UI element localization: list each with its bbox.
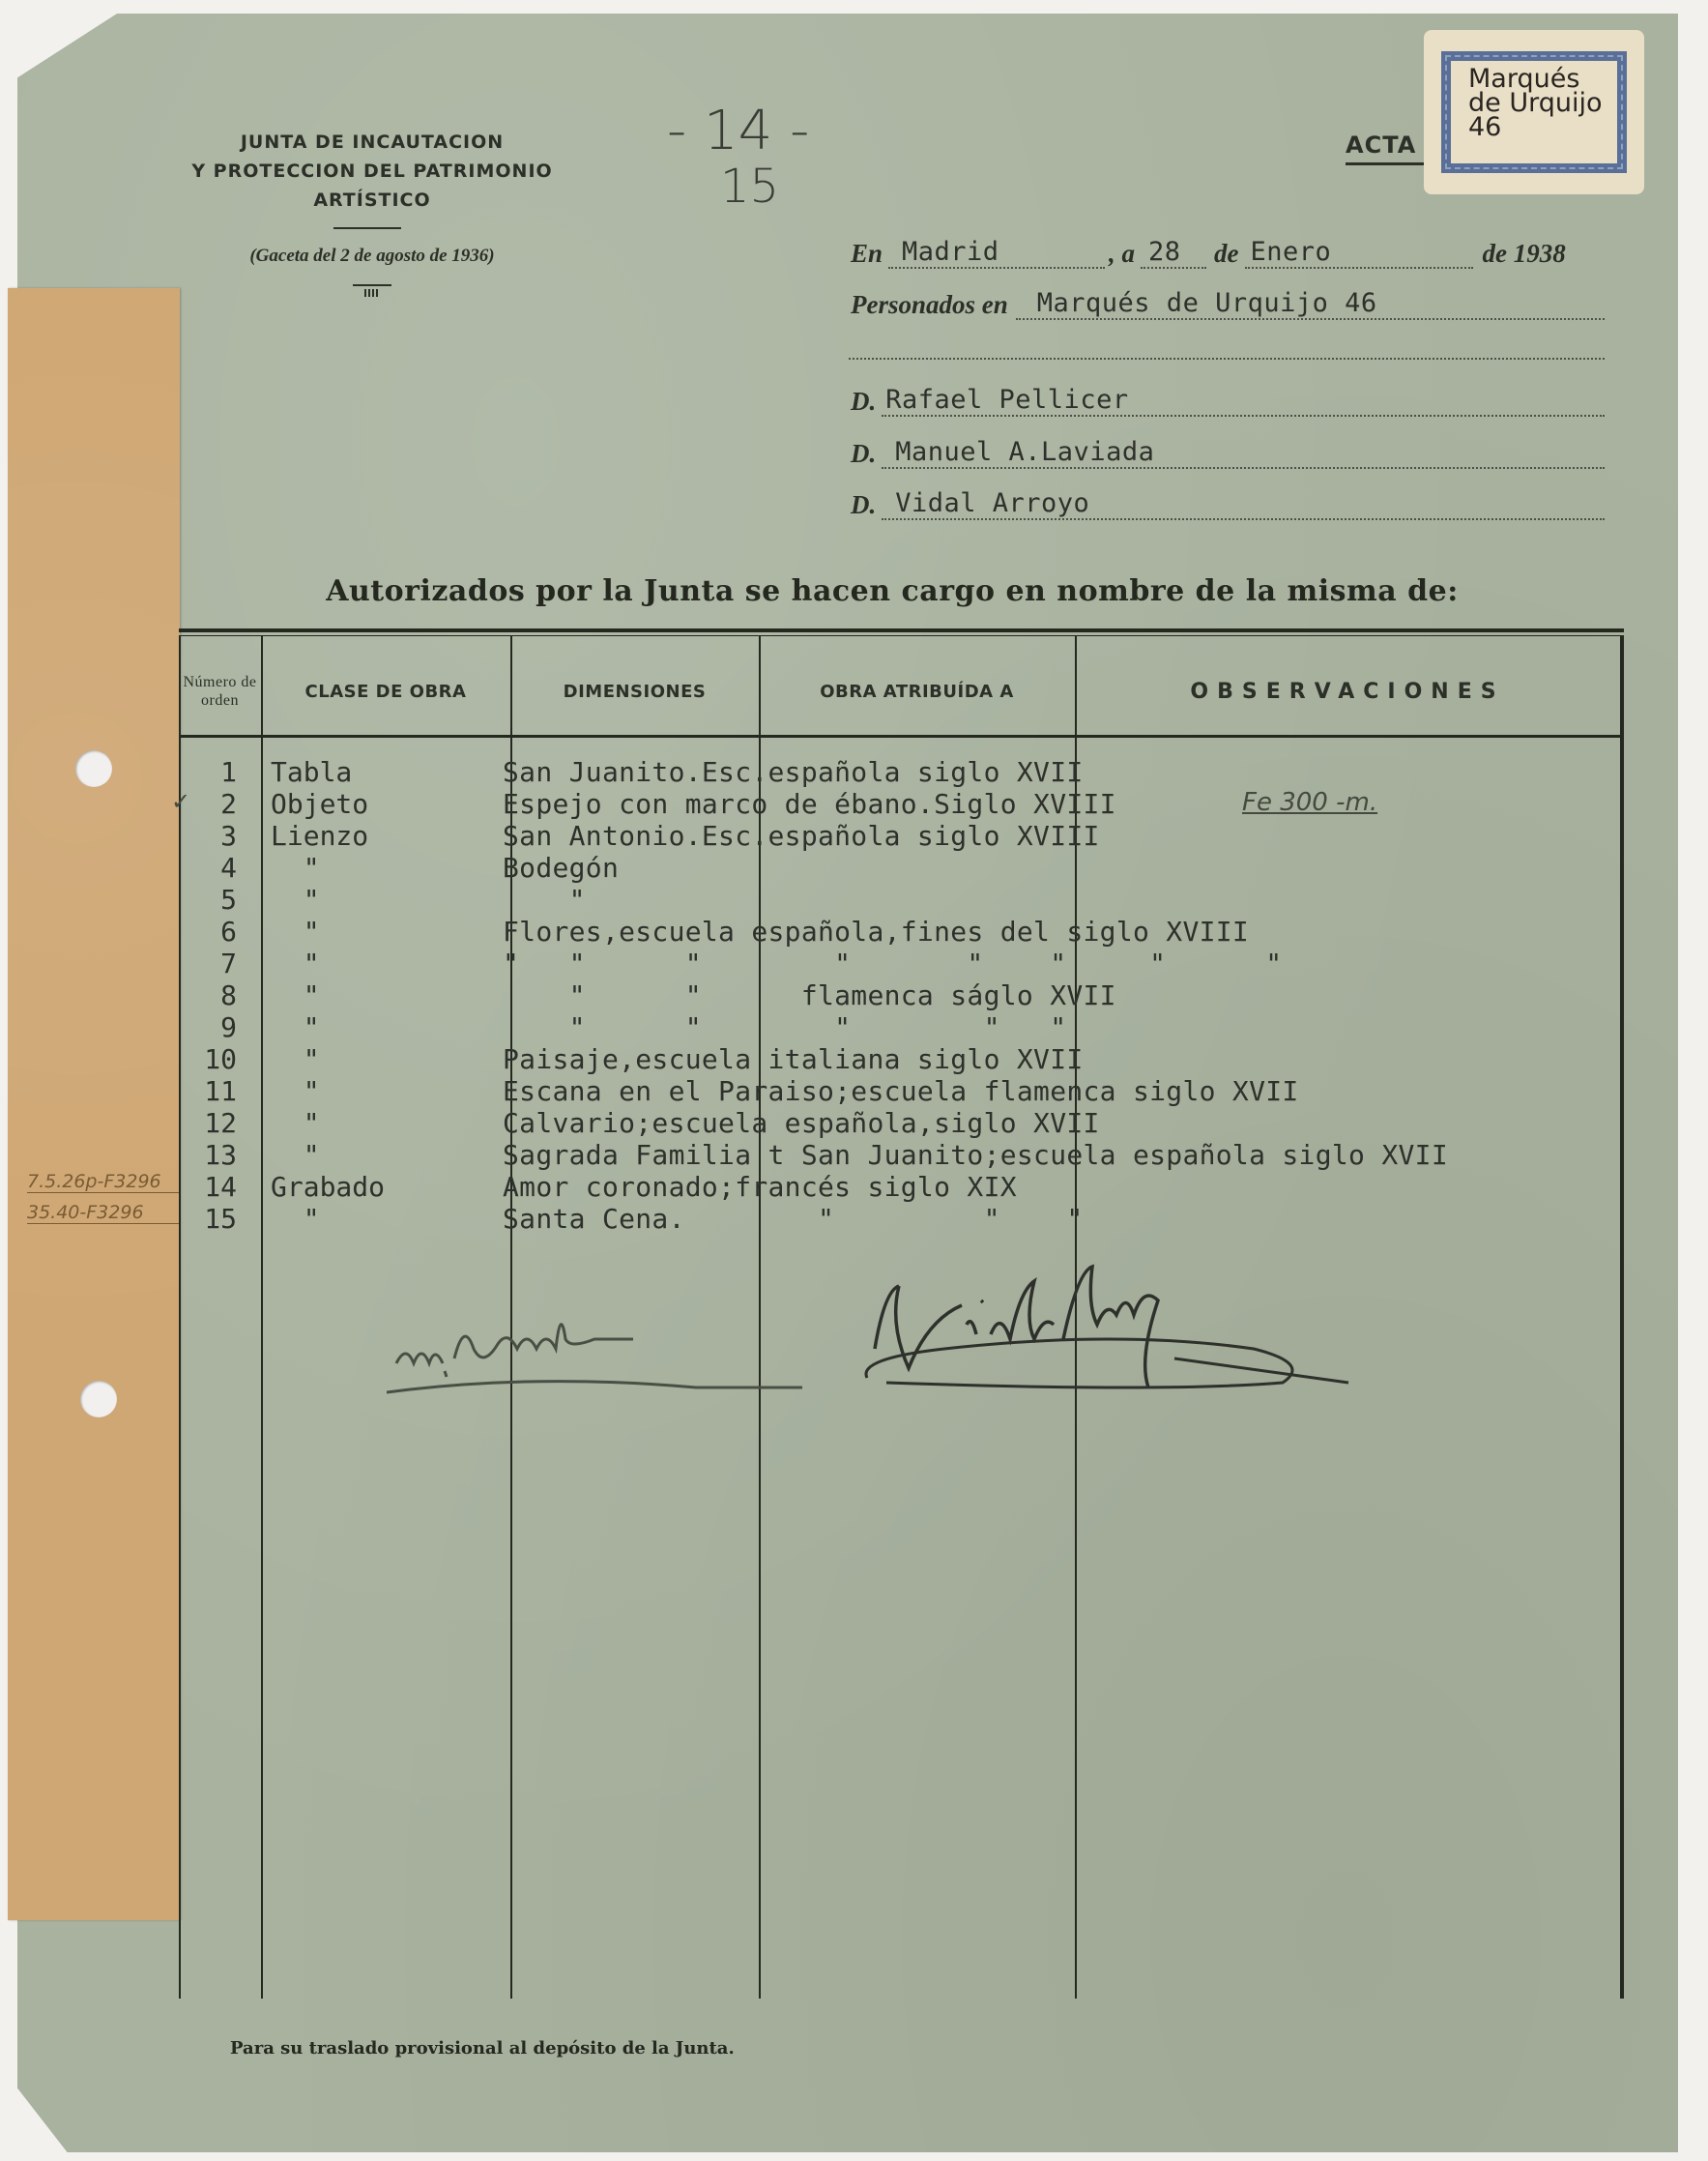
column-header-clase: CLASE DE OBRA bbox=[261, 657, 510, 725]
column-header-observaciones: OBSERVACIONES bbox=[1075, 657, 1620, 725]
header-rule bbox=[179, 735, 1624, 738]
location-field: Marqués de Urquijo 46 bbox=[1016, 288, 1605, 320]
gaceta-reference: (Gaceta del 2 de agosto de 1936) bbox=[145, 246, 599, 267]
row-number: 6 bbox=[179, 916, 237, 948]
row-clase: Tabla bbox=[271, 756, 352, 788]
row-clase: " bbox=[271, 948, 320, 979]
row-description: Amor coronado;francés siglo XIX bbox=[503, 1171, 1017, 1203]
row-clase: " bbox=[271, 1011, 320, 1043]
row-description: Calvario;escuela española,siglo XVII bbox=[503, 1107, 1100, 1139]
ornament-icon bbox=[353, 284, 391, 296]
row-description: " bbox=[503, 884, 586, 916]
row-number: 12 bbox=[179, 1107, 237, 1139]
row-number: 8 bbox=[179, 979, 237, 1011]
row-number: 5 bbox=[179, 884, 237, 916]
row-clase: " bbox=[271, 916, 320, 948]
row-clase: " bbox=[271, 1139, 320, 1171]
inventory-table: Número de orden CLASE DE OBRA DIMENSIONE… bbox=[179, 628, 1624, 2001]
stamp-line: 46 bbox=[1468, 115, 1603, 139]
row-description: " " flamenca ságlo XVII bbox=[503, 979, 1116, 1011]
divider bbox=[333, 227, 401, 229]
person-line: D. Rafael Pellicer bbox=[851, 385, 1605, 417]
table-row: 5 " " bbox=[179, 884, 1624, 916]
table-row: 8 " " " flamenca ságlo XVII bbox=[179, 979, 1624, 1011]
row-description: Paisaje,escuela italiana siglo XVII bbox=[503, 1043, 1084, 1075]
margin-note: 35.40-F3296 bbox=[27, 1202, 180, 1224]
row-clase: " bbox=[271, 1203, 320, 1235]
row-description: Escana en el Paraiso;escuela flamenca si… bbox=[503, 1075, 1299, 1107]
row-number: 11 bbox=[179, 1075, 237, 1107]
table-rule bbox=[179, 628, 1624, 632]
person-name: Rafael Pellicer bbox=[882, 385, 1605, 417]
org-line: Y PROTECCION DEL PATRIMONIO bbox=[145, 157, 599, 186]
table-row: 15 " Santa Cena. " " " bbox=[179, 1203, 1624, 1235]
month-field: Enero bbox=[1245, 237, 1473, 269]
person-prefix: D. bbox=[851, 387, 876, 417]
table-row: 11 " Escana en el Paraiso;escuela flamen… bbox=[179, 1075, 1624, 1107]
day-field: 28 bbox=[1141, 237, 1206, 269]
row-number: 2 bbox=[179, 788, 237, 820]
margin-note: 7.5.26p-F3296 bbox=[27, 1171, 180, 1193]
page-number-handwritten: - 14 - bbox=[667, 104, 809, 159]
row-description: Bodegón bbox=[503, 852, 619, 884]
table-row: ✓ 2 Objeto Espejo con marco de ébano.Sig… bbox=[179, 788, 1624, 820]
a-label: , a bbox=[1109, 239, 1135, 269]
blank-line bbox=[849, 358, 1605, 360]
personados-label: Personados en bbox=[851, 290, 1008, 320]
table-row: 7 " " " " " " " " " bbox=[179, 948, 1624, 979]
row-number: 7 bbox=[179, 948, 237, 979]
org-line: JUNTA DE INCAUTACION bbox=[145, 128, 599, 157]
row-clase: " bbox=[271, 1075, 320, 1107]
row-description: Flores,escuela española,fines del siglo … bbox=[503, 916, 1249, 948]
table-row: 4 " Bodegón bbox=[179, 852, 1624, 884]
table-row: 9 " " " " " " bbox=[179, 1011, 1624, 1043]
signature-arroyo: Vidal Arroyo bbox=[855, 1257, 1377, 1396]
row-description: Espejo con marco de ébano.Siglo XVIII bbox=[503, 788, 1116, 820]
date-line: En Madrid , a 28 de Enero de 1938 bbox=[851, 237, 1605, 269]
year-label: de 1938 bbox=[1483, 239, 1566, 269]
organization-header: JUNTA DE INCAUTACION Y PROTECCION DEL PA… bbox=[145, 128, 599, 215]
handwritten-annotation: Fe 300 -m. bbox=[1242, 788, 1377, 817]
person-prefix: D. bbox=[851, 490, 876, 520]
row-number: 4 bbox=[179, 852, 237, 884]
table-row: 6 " Flores,escuela española,fines del si… bbox=[179, 916, 1624, 948]
location-line: Personados en Marqués de Urquijo 46 bbox=[851, 288, 1605, 320]
binding-strip: 7.5.26p-F3296 35.40-F3296 bbox=[8, 288, 180, 1920]
row-number: 3 bbox=[179, 820, 237, 852]
row-number: 14 bbox=[179, 1171, 237, 1203]
table-row: 10 " Paisaje,escuela italiana siglo XVII bbox=[179, 1043, 1624, 1075]
row-clase: " bbox=[271, 852, 320, 884]
person-line: D. Manuel A.Laviada bbox=[851, 437, 1605, 469]
row-description: San Juanito.Esc.española siglo XVII bbox=[503, 756, 1084, 788]
row-number: 9 bbox=[179, 1011, 237, 1043]
table-row: 14 Grabado Amor coronado;francés siglo X… bbox=[179, 1171, 1624, 1203]
person-prefix: D. bbox=[851, 439, 876, 469]
row-clase: " bbox=[271, 1107, 320, 1139]
acta-label: ACTA bbox=[1346, 131, 1428, 165]
en-label: En bbox=[851, 239, 883, 269]
person-name: Vidal Arroyo bbox=[882, 488, 1605, 520]
address-stamp: Marqués de Urquijo 46 bbox=[1428, 34, 1640, 190]
punch-hole-icon bbox=[80, 1381, 117, 1417]
row-clase: " bbox=[271, 979, 320, 1011]
table-row: 1 Tabla San Juanito.Esc.española siglo X… bbox=[179, 756, 1624, 788]
person-line: D. Vidal Arroyo bbox=[851, 488, 1605, 520]
table-row: 3 Lienzo San Antonio.Esc.española siglo … bbox=[179, 820, 1624, 852]
column-header-atribuida: OBRA ATRIBUÍDA A bbox=[759, 657, 1075, 725]
row-number: 1 bbox=[179, 756, 237, 788]
row-clase: " bbox=[271, 884, 320, 916]
signature-laviada: M. Laviada bbox=[387, 1305, 831, 1406]
row-description: " " " " " " " " bbox=[503, 948, 1282, 979]
column-header-dimensiones: DIMENSIONES bbox=[510, 657, 759, 725]
page-number-handwritten-2: 15 bbox=[720, 160, 779, 214]
row-number: 10 bbox=[179, 1043, 237, 1075]
row-number: 13 bbox=[179, 1139, 237, 1171]
table-title: Autorizados por la Junta se hacen cargo … bbox=[249, 574, 1535, 608]
de-label: de bbox=[1214, 239, 1238, 269]
table-row: 12 " Calvario;escuela española,siglo XVI… bbox=[179, 1107, 1624, 1139]
row-clase: Lienzo bbox=[271, 820, 368, 852]
row-number: 15 bbox=[179, 1203, 237, 1235]
footer-note: Para su traslado provisional al depósito… bbox=[230, 2038, 735, 2059]
punch-hole-icon bbox=[75, 750, 112, 787]
org-line: ARTÍSTICO bbox=[145, 186, 599, 215]
person-name: Manuel A.Laviada bbox=[882, 437, 1605, 469]
table-row: 13 " Sagrada Familia t San Juanito;escue… bbox=[179, 1139, 1624, 1171]
row-description: Sagrada Familia t San Juanito;escuela es… bbox=[503, 1139, 1448, 1171]
row-clase: Objeto bbox=[271, 788, 368, 820]
row-description: " " " " " bbox=[503, 1011, 1066, 1043]
column-header-numero: Número de orden bbox=[179, 657, 261, 725]
row-description: San Antonio.Esc.española siglo XVIII bbox=[503, 820, 1100, 852]
city-field: Madrid bbox=[888, 237, 1105, 269]
row-description: Santa Cena. " " " bbox=[503, 1203, 1084, 1235]
row-clase: " bbox=[271, 1043, 320, 1075]
table-rule bbox=[179, 635, 1624, 636]
row-clase: Grabado bbox=[271, 1171, 385, 1203]
